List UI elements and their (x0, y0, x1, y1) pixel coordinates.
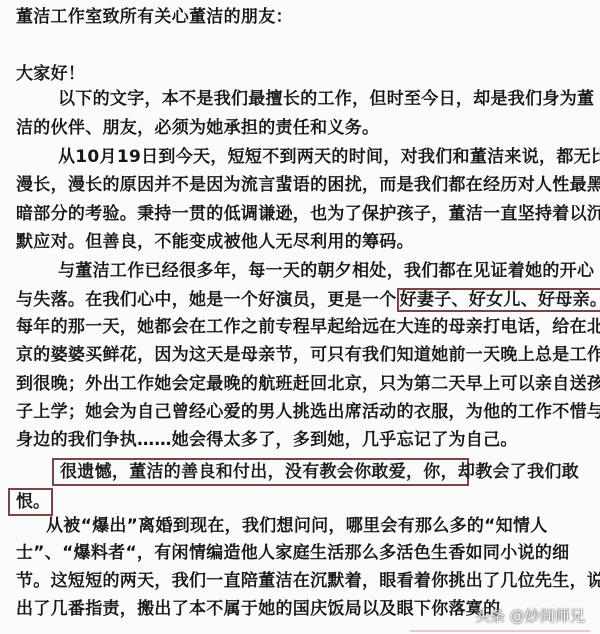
paragraph-line: 暗部分的考验。秉持一贯的低调谦逊，也为了保护孩子，董洁一直坚持着以沉 (16, 203, 588, 225)
paragraph-line: 与董洁工作已经很多年，每一天的朝夕相处，我们都在见证着她的开心 (58, 260, 600, 282)
paragraph-line: 漫长，漫长的原因并不是因为流言蜚语的困扰，而是我们都在经历对人性最黑 (16, 174, 588, 196)
document-title: 董洁工作室致所有关心董洁的朋友： (16, 6, 588, 28)
document-page: 董洁工作室致所有关心董洁的朋友： 大家好！ 以下的文字，本不是我们最擅长的工作，… (0, 0, 600, 634)
paragraph-line: 从被“爆出”离婚到现在，我们想问问，哪里会有那么多的“知情人 (46, 515, 600, 537)
greeting: 大家好！ (16, 63, 588, 85)
paragraph-line: 每年的那一天，她都会在工作之前专程早起给远在大连的母亲打电话，给在北 (16, 316, 588, 338)
paragraph-line-with-highlight: 与失落。在我们心中，她是一个好演员，更是一个好妻子、好女儿、好母亲。 (16, 288, 588, 312)
highlighted-sentence-box: 很遗憾，董洁的善良和付出，没有教会你敢爱，你，却教会了我们敢 (52, 458, 469, 486)
paragraph-line: 京的婆婆买鲜花，因为这天是母亲节，可只有我们知道她前一天晚上总是工作 (16, 344, 588, 366)
paragraph-line: 洁的伙伴、朋友，必须为她承担的责任和义务。 (16, 117, 588, 139)
highlighted-word-box: 恨。 (8, 488, 53, 516)
paragraph-line: 以下的文字，本不是我们最擅长的工作，但时至今日，却是我们身为董 (58, 88, 600, 110)
paragraph-line: 默应对。但善良，不能变成被他人无尽利用的筹码。 (16, 231, 588, 253)
paragraph-line: 子上学；她会为自己曾经心爱的男人挑选出席活动的衣服，为他的工作不惜与 (16, 401, 588, 423)
highlighted-phrase-box: 好妻子、好女儿、好母亲。 (397, 288, 600, 312)
paragraph-line: 到很晚；外出工作她会定最晚的航班赶回北京，只为第二天早上可以亲自送孩 (16, 373, 588, 395)
paragraph-text: 与失落。在我们心中，她是一个好演员，更是一个 (16, 290, 397, 310)
watermark: 头条 @妙间师兄 (475, 605, 585, 626)
decorative-divider (410, 630, 590, 632)
paragraph-line: 从10月19日到今天，短短不到两天的时间，对我们和董洁来说，都无比 (58, 146, 600, 168)
paragraph-line: 士”、“爆料者“，有闲情编造他人家庭生活那么多活色生香如同小说的细 (16, 542, 588, 564)
paragraph-line: 身边的我们争执……她会得太多了，多到她，几乎忘记了为自己。 (16, 429, 588, 451)
paragraph-line: 节。这短短的两天，我们一直陪董洁在沉默着，眼看着你挑出了几位先生，说 (16, 570, 588, 592)
